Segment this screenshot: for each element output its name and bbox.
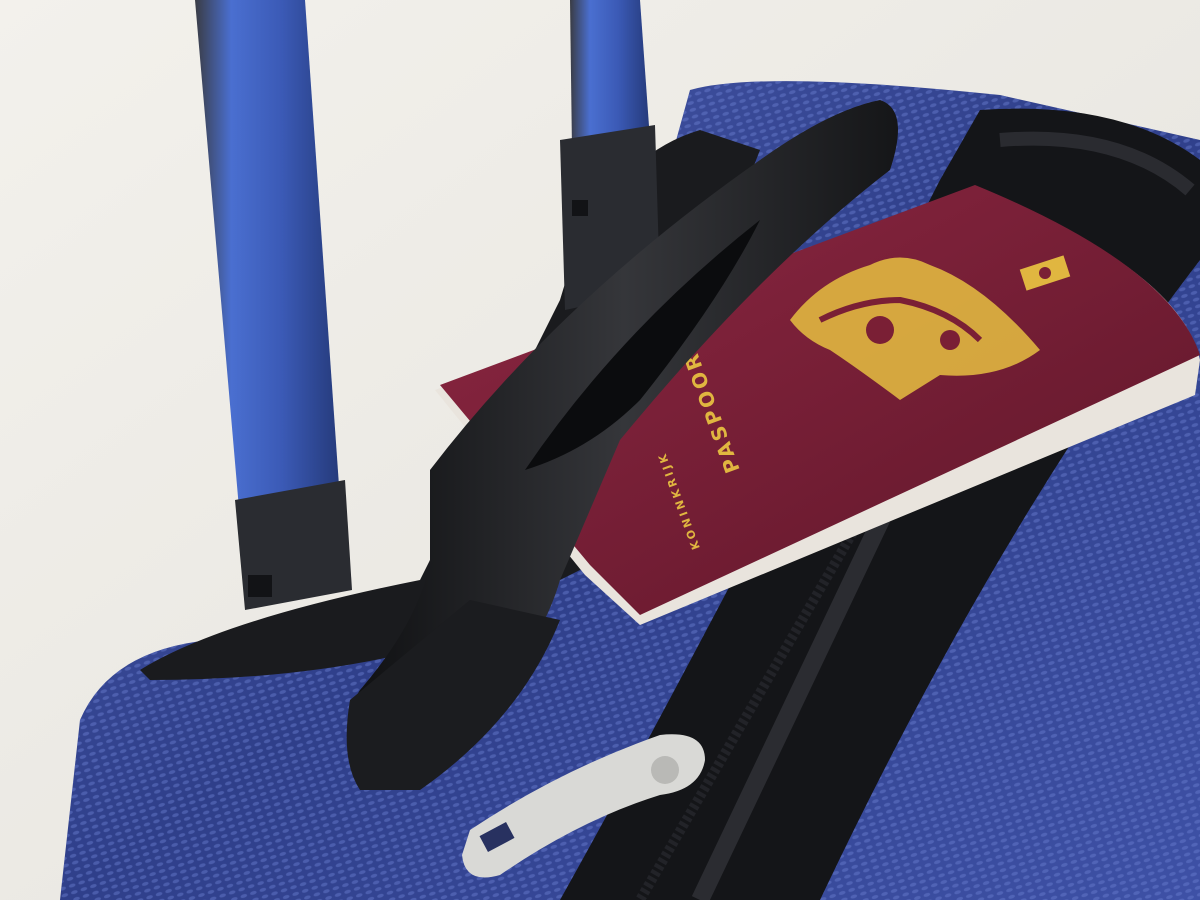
photo-illustration: PASPOORT KONINKRIJK — [0, 0, 1200, 900]
photo-scene: PASPOORT KONINKRIJK — [0, 0, 1200, 900]
